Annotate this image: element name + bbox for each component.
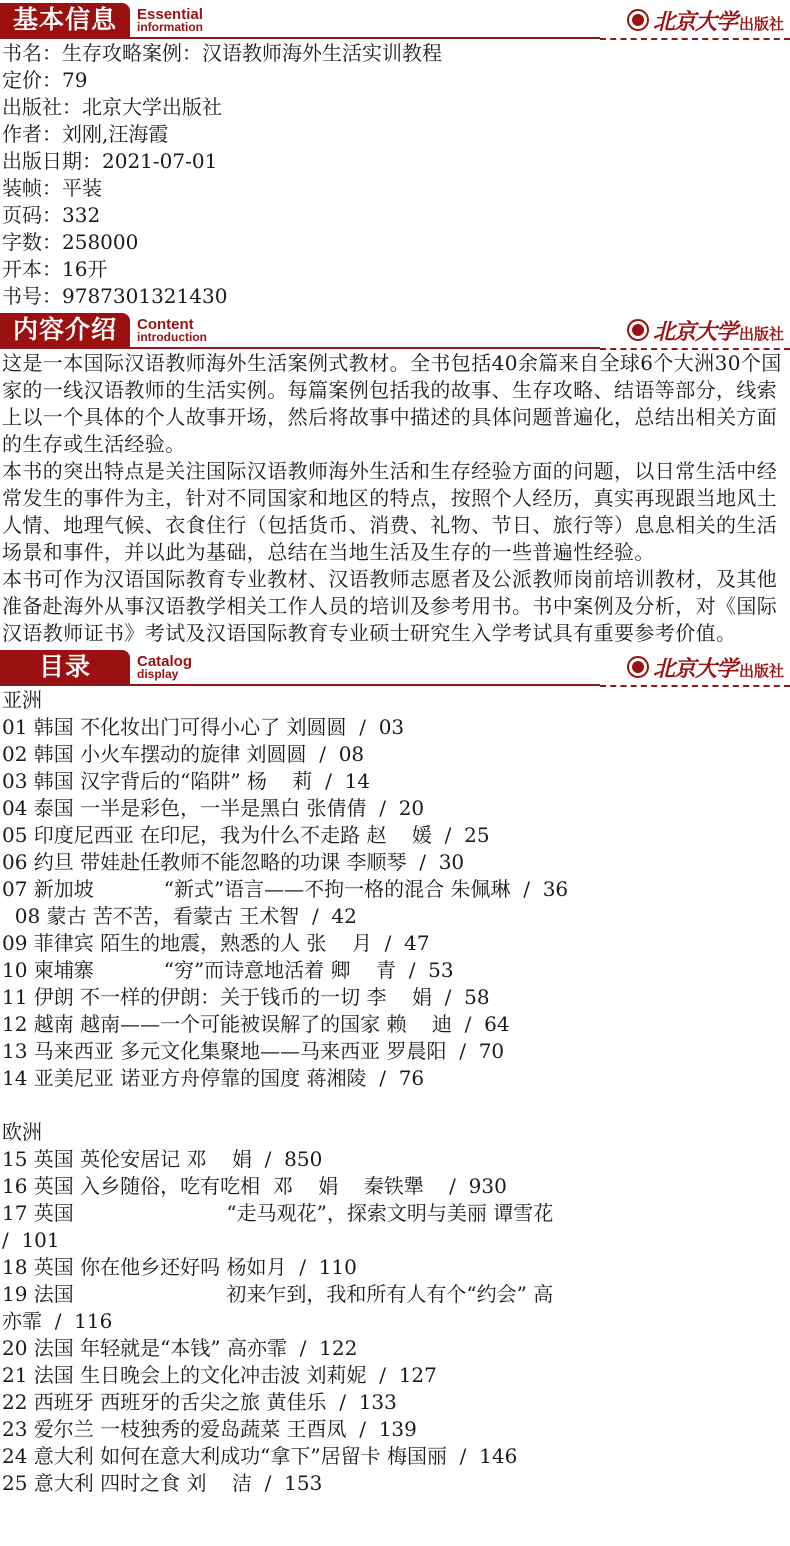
catalog-entry: 05 印度尼西亚 在印尼，我为什么不走路 赵 媛 / 25 bbox=[0, 822, 790, 849]
info-row-publisher: 出版社：北京大学出版社 bbox=[0, 94, 790, 121]
catalog-entry: 18 英国 你在他乡还好吗 杨如月 / 110 bbox=[0, 1254, 790, 1281]
catalog-entry: 16 英国 入乡随俗，吃有吃相 邓 娟 秦铁犟 / 930 bbox=[0, 1173, 790, 1200]
catalog-entry: 14 亚美尼亚 诺亚方舟停靠的国度 蒋湘陵 / 76 bbox=[0, 1065, 790, 1092]
header-rule-dashed bbox=[600, 685, 790, 687]
header-rule-dashed bbox=[600, 38, 790, 40]
pku-seal-icon bbox=[627, 656, 649, 678]
info-row-price: 定价：79 bbox=[0, 67, 790, 94]
intro-paragraph: 本书可作为汉语国际教育专业教材、汉语教师志愿者及公派教师岗前培训教材，及其他准备… bbox=[0, 566, 790, 647]
info-row-author: 作者：刘刚,汪海霞 bbox=[0, 121, 790, 148]
catalog-entry: 25 意大利 四时之食 刘 洁 / 153 bbox=[0, 1470, 790, 1497]
catalog-header: 目录 Catalog display 北京大学 出版社 bbox=[0, 647, 790, 687]
catalog-entry: 09 菲律宾 陌生的地震，熟悉的人 张 月 / 47 bbox=[0, 930, 790, 957]
catalog-entry: 17 英国 “走马观花”，探索文明与美丽 谭雪花 bbox=[0, 1200, 790, 1227]
content-intro-en-title: Content introduction bbox=[137, 318, 207, 344]
catalog-entry: 12 越南 越南——一个可能被误解了的国家 赖 迪 / 64 bbox=[0, 1011, 790, 1038]
catalog-entry: 02 韩国 小火车摆动的旋律 刘圆圆 / 08 bbox=[0, 741, 790, 768]
catalog-blank-line bbox=[0, 1092, 790, 1119]
info-row-format: 开本：16开 bbox=[0, 256, 790, 283]
catalog-entry: 13 马来西亚 多元文化集聚地——马来西亚 罗晨阳 / 70 bbox=[0, 1038, 790, 1065]
content-intro-header: 内容介绍 Content introduction 北京大学 出版社 bbox=[0, 310, 790, 350]
catalog-entry: 24 意大利 如何在意大利成功“拿下”居留卡 梅国丽 / 146 bbox=[0, 1443, 790, 1470]
publisher-logo: 北京大学 出版社 bbox=[627, 316, 784, 344]
catalog-entry: 21 法国 生日晚会上的文化冲击波 刘莉妮 / 127 bbox=[0, 1362, 790, 1389]
basic-info-title: 基本信息 bbox=[0, 3, 130, 37]
info-row-binding: 装帧：平装 bbox=[0, 175, 790, 202]
basic-info-header: 基本信息 Essential information 北京大学 出版社 bbox=[0, 0, 790, 40]
catalog-title: 目录 bbox=[0, 650, 130, 684]
publisher-logo: 北京大学 出版社 bbox=[627, 653, 784, 681]
content-intro-title: 内容介绍 bbox=[0, 313, 130, 347]
header-rule bbox=[0, 684, 600, 686]
catalog-entry: 08 蒙古 苦不苦，看蒙古 王术智 / 42 bbox=[0, 903, 790, 930]
catalog-entry: 11 伊朗 不一样的伊朗：关于钱币的一切 李 娟 / 58 bbox=[0, 984, 790, 1011]
info-row-isbn: 书号：9787301321430 bbox=[0, 283, 790, 310]
catalog-entry: 06 约旦 带娃赴任教师不能忽略的功课 李顺琴 / 30 bbox=[0, 849, 790, 876]
catalog-entry: 19 法国 初来乍到，我和所有人有个“约会” 高 bbox=[0, 1281, 790, 1308]
catalog-region-asia: 亚洲 bbox=[0, 687, 790, 714]
info-row-word-count: 字数：258000 bbox=[0, 229, 790, 256]
intro-paragraph: 本书的突出特点是关注国际汉语教师海外生活和生存经验方面的问题，以日常生活中经常发… bbox=[0, 458, 790, 566]
pku-seal-icon bbox=[627, 319, 649, 341]
info-row-pages: 页码：332 bbox=[0, 202, 790, 229]
catalog-entry-continued: 亦霏 / 116 bbox=[0, 1308, 790, 1335]
basic-info-list: 书名：生存攻略案例：汉语教师海外生活实训教程 定价：79 出版社：北京大学出版社… bbox=[0, 40, 790, 310]
catalog-list: 亚洲 01 韩国 不化妆出门可得小心了 刘圆圆 / 03 02 韩国 小火车摆动… bbox=[0, 687, 790, 1497]
catalog-entry: 07 新加坡 “新式”语言——不拘一格的混合 朱佩琳 / 36 bbox=[0, 876, 790, 903]
catalog-entry: 10 柬埔寨 “穷”而诗意地活着 卿 青 / 53 bbox=[0, 957, 790, 984]
info-row-title: 书名：生存攻略案例：汉语教师海外生活实训教程 bbox=[0, 40, 790, 67]
basic-info-en-title: Essential information bbox=[137, 8, 203, 34]
catalog-entry: 20 法国 年轻就是“本钱” 高亦霏 / 122 bbox=[0, 1335, 790, 1362]
catalog-entry: 22 西班牙 西班牙的舌尖之旅 黄佳乐 / 133 bbox=[0, 1389, 790, 1416]
pku-seal-icon bbox=[627, 9, 649, 31]
header-rule bbox=[0, 347, 600, 349]
catalog-en-title: Catalog display bbox=[137, 655, 192, 681]
catalog-entry: 23 爱尔兰 一枝独秀的爱岛蔬菜 王酉凤 / 139 bbox=[0, 1416, 790, 1443]
info-row-pub-date: 出版日期：2021-07-01 bbox=[0, 148, 790, 175]
catalog-entry: 03 韩国 汉字背后的“陷阱” 杨 莉 / 14 bbox=[0, 768, 790, 795]
catalog-entry-continued: / 101 bbox=[0, 1227, 790, 1254]
catalog-entry: 15 英国 英伦安居记 邓 娟 / 850 bbox=[0, 1146, 790, 1173]
catalog-entry: 01 韩国 不化妆出门可得小心了 刘圆圆 / 03 bbox=[0, 714, 790, 741]
catalog-entry: 04 泰国 一半是彩色，一半是黑白 张倩倩 / 20 bbox=[0, 795, 790, 822]
catalog-region-europe: 欧洲 bbox=[0, 1119, 790, 1146]
publisher-logo: 北京大学 出版社 bbox=[627, 6, 784, 34]
content-intro-body: 这是一本国际汉语教师海外生活案例式教材。全书包括40余篇来自全球6个大洲30个国… bbox=[0, 350, 790, 647]
intro-paragraph: 这是一本国际汉语教师海外生活案例式教材。全书包括40余篇来自全球6个大洲30个国… bbox=[0, 350, 790, 458]
header-rule bbox=[0, 37, 600, 39]
header-rule-dashed bbox=[600, 348, 790, 350]
